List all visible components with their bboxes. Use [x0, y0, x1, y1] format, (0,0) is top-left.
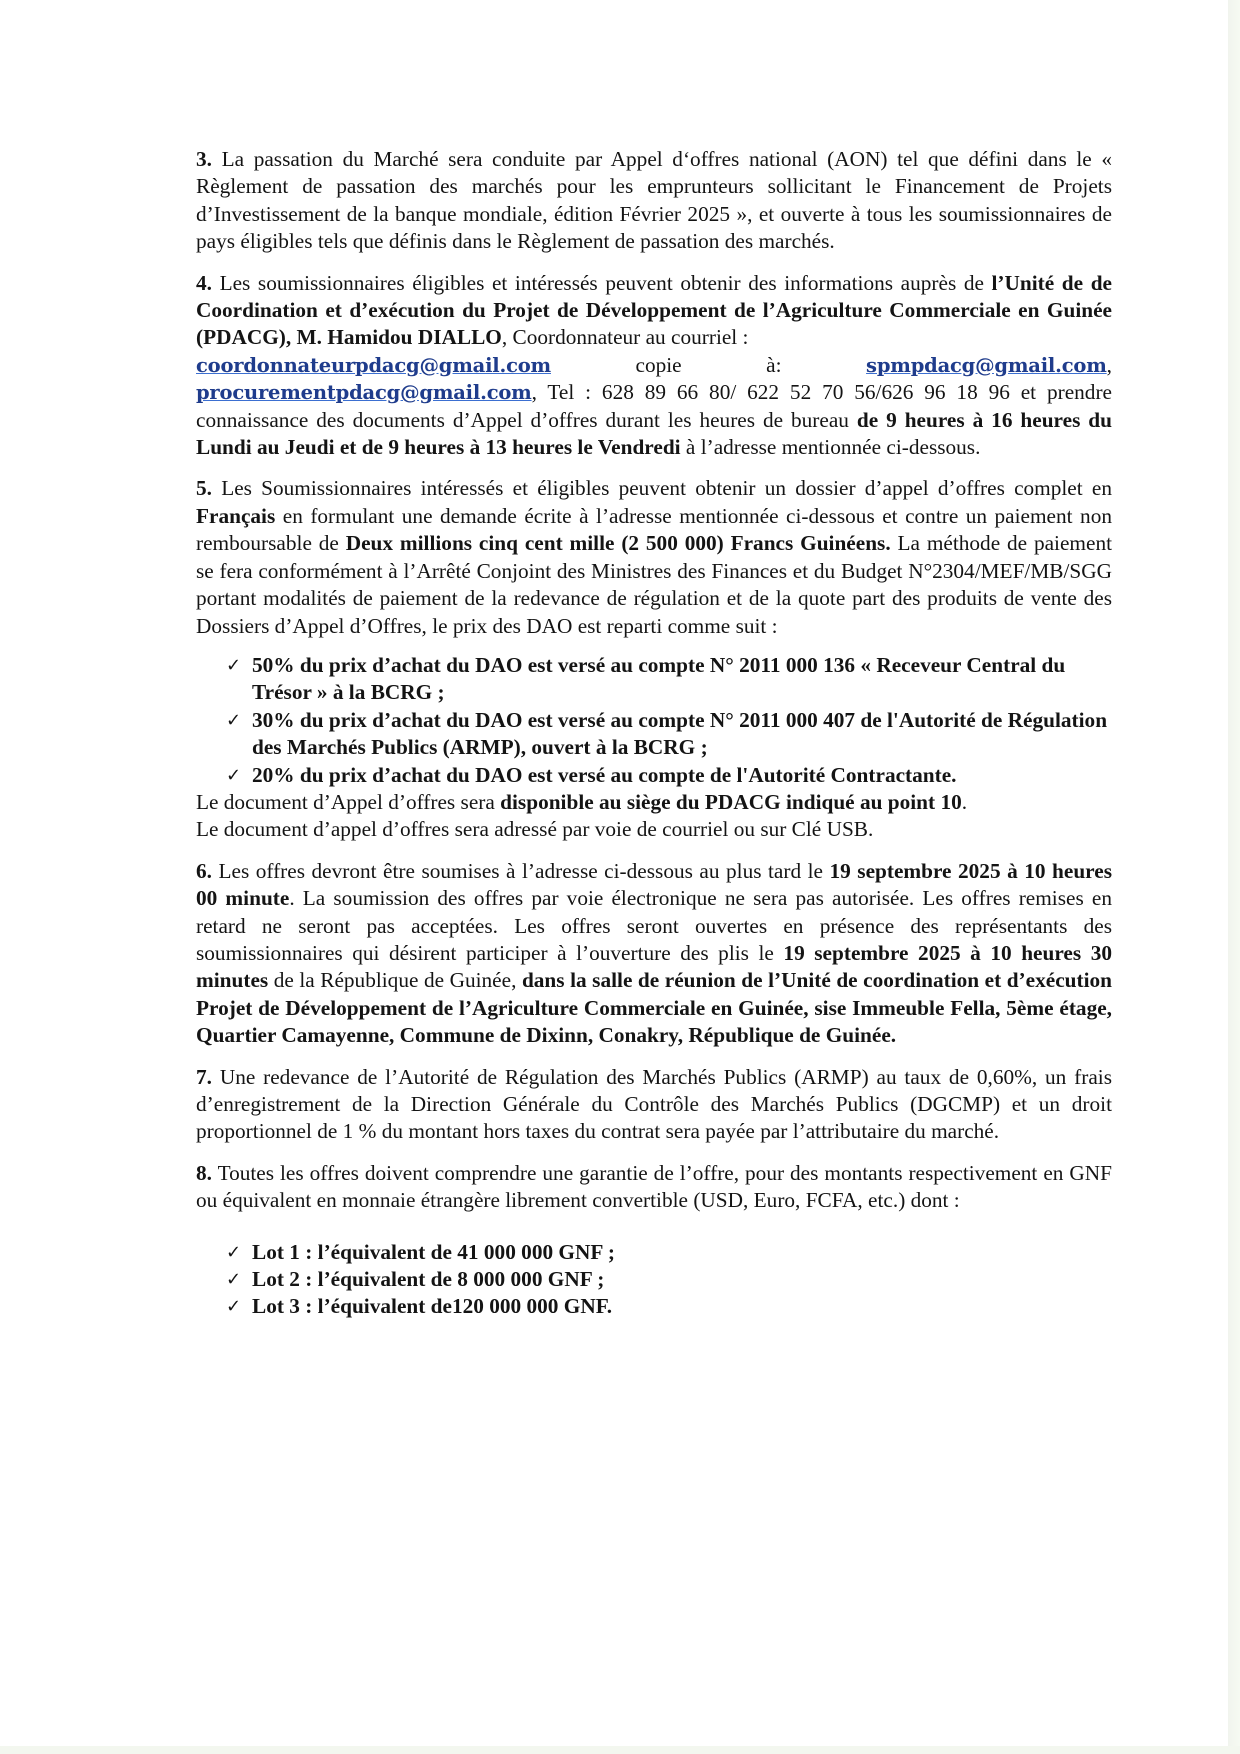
checkmark-icon: ✓ [226, 762, 241, 789]
email-line: coordonnateurpdacg@gmail.com copie à: sp… [196, 352, 1112, 379]
list-item-text: Lot 3 : l’équivalent de120 000 000 GNF. [252, 1294, 612, 1318]
page-edge-right [1228, 0, 1240, 1754]
document-page: 3. La passation du Marché sera conduite … [0, 0, 1224, 1744]
checkmark-icon: ✓ [226, 1239, 241, 1266]
fee-amount: Deux millions cinq cent mille (2 500 000… [346, 531, 891, 555]
section-text: Les offres devront être soumises à l’adr… [212, 859, 830, 883]
availability-note: Le document d’Appel d’offres sera dispon… [196, 789, 1112, 816]
section-text: de la République de Guinée, [268, 968, 522, 992]
section-text: Les Soumissionnaires intéressés et éligi… [212, 476, 1112, 500]
copy-label: copie [636, 352, 682, 379]
coordinator-label: , Coordonnateur au courriel : [502, 325, 749, 349]
availability-text: Le document d’Appel d’offres sera [196, 790, 500, 814]
copy-to-label: à: [766, 352, 781, 379]
bid-guarantee-list: ✓Lot 1 : l’équivalent de 41 000 000 GNF … [196, 1239, 1112, 1321]
email-link-spm[interactable]: spmpdacg@gmail.com [866, 354, 1107, 377]
section-text: Une redevance de l’Autorité de Régulatio… [196, 1065, 1112, 1144]
section-8: 8. Toutes les offres doivent comprendre … [196, 1160, 1112, 1321]
section-6: 6. Les offres devront être soumises à l’… [196, 858, 1112, 1050]
email-link-coordinator[interactable]: coordonnateurpdacg@gmail.com [196, 352, 551, 379]
list-item-text: 20% du prix d’achat du DAO est versé au … [252, 763, 957, 787]
list-item-text: 50% du prix d’achat du DAO est versé au … [252, 653, 1065, 704]
document-body: 3. La passation du Marché sera conduite … [196, 146, 1112, 1335]
list-item-text: Lot 1 : l’équivalent de 41 000 000 GNF ; [252, 1240, 615, 1264]
section-text: La passation du Marché sera conduite par… [196, 147, 1112, 253]
list-item: ✓Lot 1 : l’équivalent de 41 000 000 GNF … [196, 1239, 1112, 1266]
checkmark-icon: ✓ [226, 1266, 241, 1293]
language: Français [196, 504, 275, 528]
section-number: 4. [196, 271, 212, 295]
list-item: ✓20% du prix d’achat du DAO est versé au… [196, 762, 1112, 789]
section-5: 5. Les Soumissionnaires intéressés et él… [196, 475, 1112, 843]
section-number: 8. [196, 1161, 212, 1185]
list-item: ✓ 30% du prix d’achat du DAO est versé a… [196, 707, 1112, 762]
section-3: 3. La passation du Marché sera conduite … [196, 146, 1112, 256]
list-item: ✓Lot 3 : l’équivalent de120 000 000 GNF. [196, 1293, 1112, 1320]
list-item-text: Lot 2 : l’équivalent de 8 000 000 GNF ; [252, 1267, 604, 1291]
page-edge-bottom [0, 1746, 1240, 1754]
section-number: 6. [196, 859, 212, 883]
availability-location: disponible au siège du PDACG indiqué au … [500, 790, 962, 814]
checkmark-icon: ✓ [226, 707, 241, 734]
section-4: 4. Les soumissionnaires éligibles et int… [196, 270, 1112, 462]
list-item: ✓Lot 2 : l’équivalent de 8 000 000 GNF ; [196, 1266, 1112, 1293]
email-link-procurement[interactable]: procurementpdacg@gmail.com [196, 381, 532, 404]
section-number: 3. [196, 147, 212, 171]
section-7: 7. Une redevance de l’Autorité de Régula… [196, 1064, 1112, 1146]
punctuation: . [962, 790, 967, 814]
list-item-text: 30% du prix d’achat du DAO est versé au … [252, 708, 1107, 759]
checkmark-icon: ✓ [226, 1293, 241, 1320]
delivery-note: Le document d’appel d’offres sera adress… [196, 816, 1112, 843]
address-reference: à l’adresse mentionnée ci-dessous. [681, 435, 981, 459]
section-intro: Les soumissionnaires éligibles et intére… [212, 271, 992, 295]
checkmark-icon: ✓ [226, 652, 241, 679]
price-distribution-list: ✓50% du prix d’achat du DAO est versé au… [196, 652, 1112, 789]
list-item: ✓50% du prix d’achat du DAO est versé au… [196, 652, 1112, 707]
section-number: 5. [196, 476, 212, 500]
section-number: 7. [196, 1065, 212, 1089]
section-text: Toutes les offres doivent comprendre une… [196, 1161, 1112, 1212]
